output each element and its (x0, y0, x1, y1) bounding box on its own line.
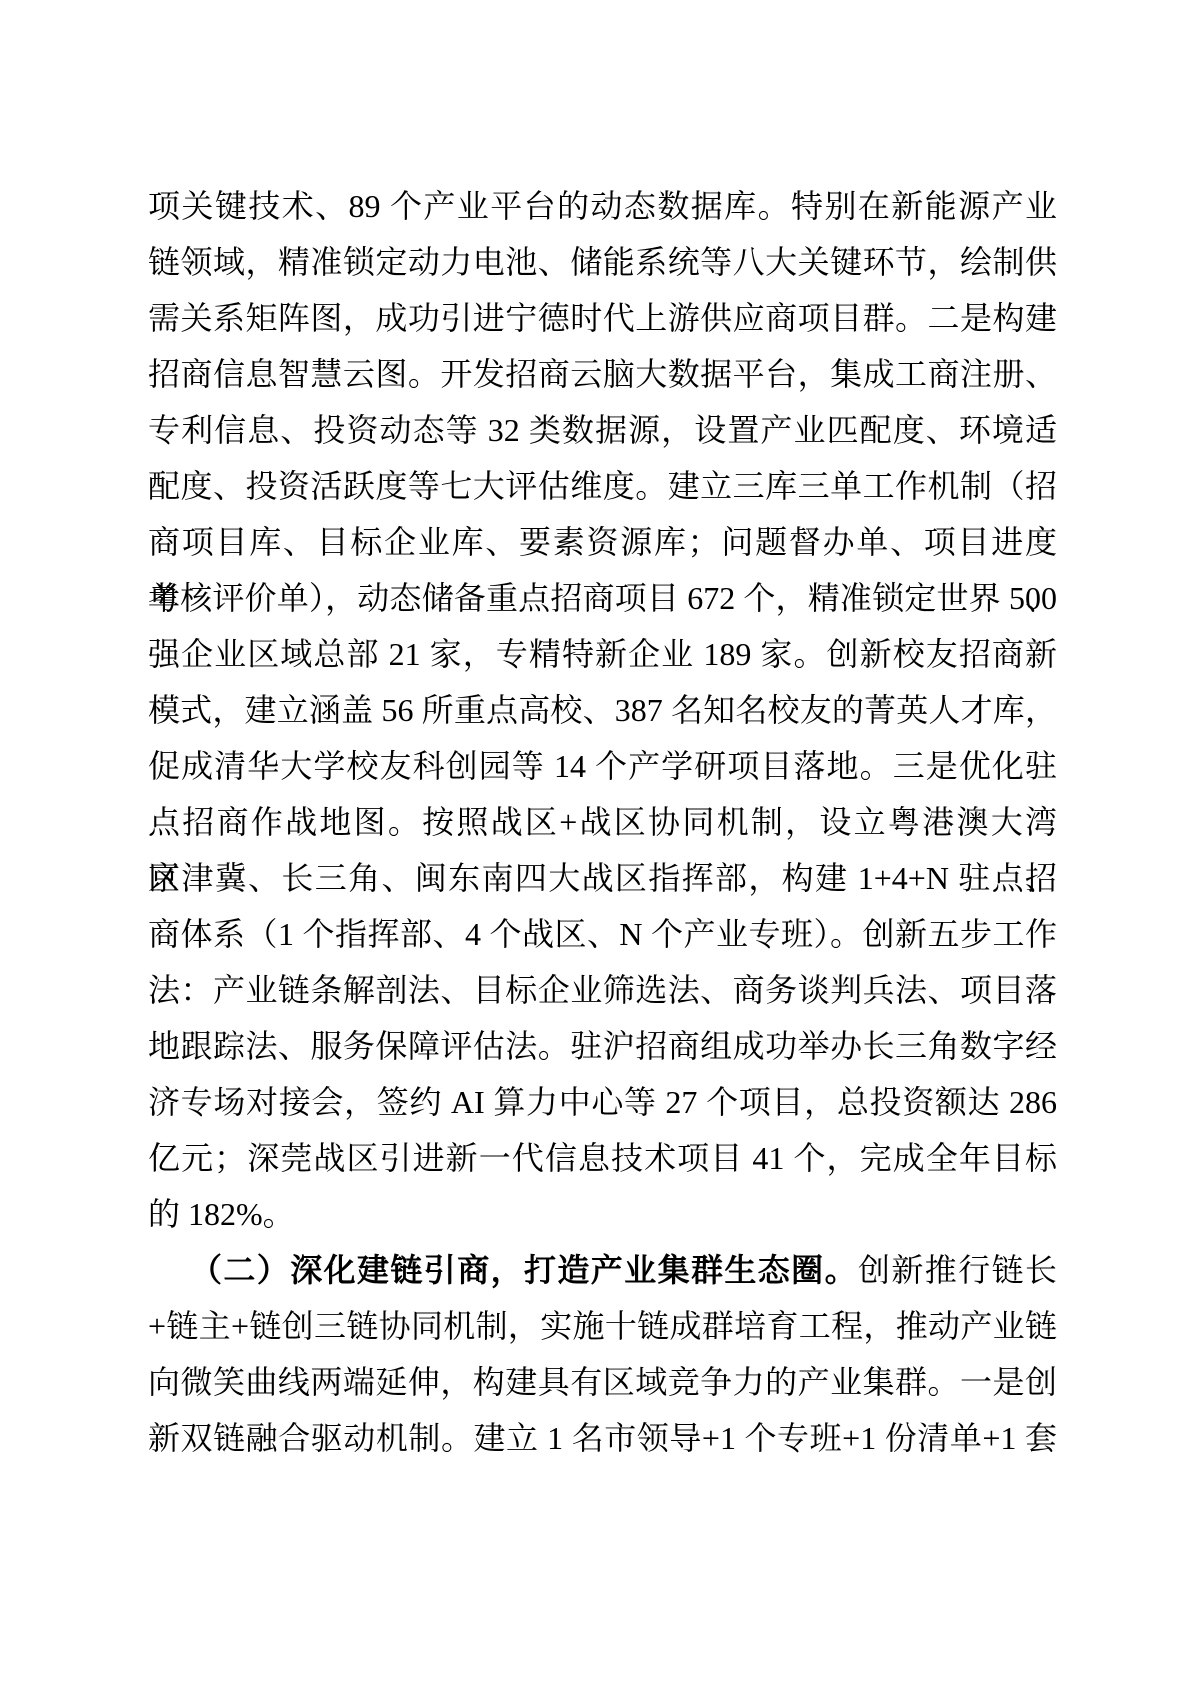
text-run: 地跟踪法、服务保障评估法。驻沪招商组成功举办长三角数字经 (148, 1028, 1057, 1064)
text-line: 强企业区域总部 21 家，专精特新企业 189 家。创新校友招商新 (148, 626, 1057, 682)
text-line: 需关系矩阵图，成功引进宁德时代上游供应商项目群。二是构建 (148, 290, 1057, 346)
text-line: 促成清华大学校友科创园等 14 个产学研项目落地。三是优化驻 (148, 738, 1057, 794)
text-run: 强企业区域总部 21 家，专精特新企业 189 家。创新校友招商新 (148, 636, 1057, 672)
text-run: 创新推行链长 (858, 1252, 1057, 1288)
text-run: 向微笑曲线两端延伸，构建具有区域竞争力的产业集群。一是创 (148, 1364, 1057, 1400)
text-run: 配度、投资活跃度等七大评估维度。建立三库三单工作机制（招 (148, 468, 1057, 504)
text-run: 招商信息智慧云图。开发招商云脑大数据平台，集成工商注册、 (148, 356, 1057, 392)
text-line: 商体系（1 个指挥部、4 个战区、N 个产业专班）。创新五步工作 (148, 906, 1057, 962)
text-run: 新双链融合驱动机制。建立 1 名市领导+1 个专班+1 份清单+1 套 (148, 1420, 1057, 1456)
text-run: 亿元；深莞战区引进新一代信息技术项目 41 个，完成全年目标 (148, 1140, 1057, 1176)
text-run: 法：产业链条解剖法、目标企业筛选法、商务谈判兵法、项目落 (148, 972, 1057, 1008)
text-line: 招商信息智慧云图。开发招商云脑大数据平台，集成工商注册、 (148, 346, 1057, 402)
text-run: 模式，建立涵盖 56 所重点高校、387 名知名校友的菁英人才库， (148, 692, 1057, 728)
text-line: 点招商作战地图。按照战区+战区协同机制，设立粤港澳大湾区、 (148, 794, 1057, 850)
text-line: 的 182%。 (148, 1186, 1057, 1242)
text-line: 模式，建立涵盖 56 所重点高校、387 名知名校友的菁英人才库， (148, 682, 1057, 738)
text-run: 京津冀、长三角、闽东南四大战区指挥部，构建 1+4+N 驻点招 (148, 860, 1057, 896)
document-body: 项关键技术、89 个产业平台的动态数据库。特别在新能源产业链领域，精准锁定动力电… (148, 178, 1057, 1466)
text-line: 京津冀、长三角、闽东南四大战区指挥部，构建 1+4+N 驻点招 (148, 850, 1057, 906)
text-line: 新双链融合驱动机制。建立 1 名市领导+1 个专班+1 份清单+1 套 (148, 1410, 1057, 1466)
text-run: 的 182%。 (148, 1196, 295, 1232)
text-line: 链领域，精准锁定动力电池、储能系统等八大关键环节，绘制供 (148, 234, 1057, 290)
text-run: 促成清华大学校友科创园等 14 个产学研项目落地。三是优化驻 (148, 748, 1057, 784)
document-page: 项关键技术、89 个产业平台的动态数据库。特别在新能源产业链领域，精准锁定动力电… (0, 0, 1190, 1683)
text-run: 商体系（1 个指挥部、4 个战区、N 个产业专班）。创新五步工作 (148, 916, 1057, 952)
text-line: 法：产业链条解剖法、目标企业筛选法、商务谈判兵法、项目落 (148, 962, 1057, 1018)
text-line: （二）深化建链引商，打造产业集群生态圈。创新推行链长 (148, 1242, 1057, 1298)
text-run: 项关键技术、89 个产业平台的动态数据库。特别在新能源产业 (148, 188, 1057, 224)
text-line: 配度、投资活跃度等七大评估维度。建立三库三单工作机制（招 (148, 458, 1057, 514)
text-run: 需关系矩阵图，成功引进宁德时代上游供应商项目群。二是构建 (148, 300, 1057, 336)
text-line: 地跟踪法、服务保障评估法。驻沪招商组成功举办长三角数字经 (148, 1018, 1057, 1074)
text-line: 亿元；深莞战区引进新一代信息技术项目 41 个，完成全年目标 (148, 1130, 1057, 1186)
text-run: 考核评价单），动态储备重点招商项目 672 个，精准锁定世界 500 (148, 580, 1057, 616)
text-line: +链主+链创三链协同机制，实施十链成群培育工程，推动产业链 (148, 1298, 1057, 1354)
text-run: 济专场对接会，签约 AI 算力中心等 27 个项目，总投资额达 286 (148, 1084, 1057, 1120)
text-run: +链主+链创三链协同机制，实施十链成群培育工程，推动产业链 (148, 1308, 1057, 1344)
emphasis-text-run: （二）深化建链引商，打造产业集群生态圈。 (190, 1252, 858, 1288)
text-line: 考核评价单），动态储备重点招商项目 672 个，精准锁定世界 500 (148, 570, 1057, 626)
text-run: 专利信息、投资动态等 32 类数据源，设置产业匹配度、环境适 (148, 412, 1057, 448)
text-line: 专利信息、投资动态等 32 类数据源，设置产业匹配度、环境适 (148, 402, 1057, 458)
text-line: 项关键技术、89 个产业平台的动态数据库。特别在新能源产业 (148, 178, 1057, 234)
text-run: 链领域，精准锁定动力电池、储能系统等八大关键环节，绘制供 (148, 244, 1057, 280)
text-line: 商项目库、目标企业库、要素资源库；问题督办单、项目进度单、 (148, 514, 1057, 570)
text-line: 向微笑曲线两端延伸，构建具有区域竞争力的产业集群。一是创 (148, 1354, 1057, 1410)
text-line: 济专场对接会，签约 AI 算力中心等 27 个项目，总投资额达 286 (148, 1074, 1057, 1130)
